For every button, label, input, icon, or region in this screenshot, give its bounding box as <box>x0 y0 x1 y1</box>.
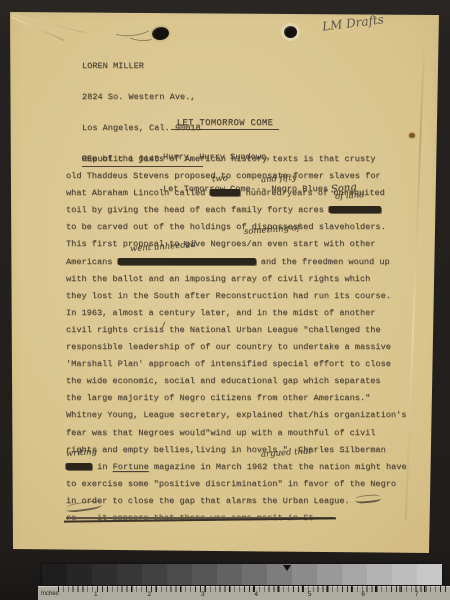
typed-text: in order to close the gap that alarms th… <box>66 496 355 506</box>
inch-ruler: Inches 1 2 3 4 5 6 7 8 <box>38 586 450 600</box>
ruler-label: Inches <box>41 591 59 597</box>
letterhead-street: 2824 So. Western Ave., <box>82 92 203 102</box>
gray-step <box>192 564 217 585</box>
typed-text: the National Urban League "challenged th… <box>164 325 381 335</box>
body-line: the large majority of Negro citizens fro… <box>66 390 407 407</box>
body-line: In 1963, almost a century later, and in … <box>66 305 407 322</box>
typed-text: the large majority of Negro citizens fro… <box>66 393 370 403</box>
body-line: in order to close the gap that alarms th… <box>66 493 407 510</box>
handwritten-insertion: two <box>212 171 229 189</box>
punch-hole <box>151 26 170 41</box>
body-line: they lost in the South after Reconstruct… <box>66 288 407 305</box>
paper-sheet: LM Drafts LOREN MILLER 2824 So. Western … <box>0 0 450 600</box>
fold-crease <box>12 14 84 33</box>
typed-text: Fortune <box>113 462 149 472</box>
typed-text: that the nation might have <box>273 462 407 472</box>
struck-typed-text: re——— it appears that there was some mer… <box>66 513 334 523</box>
body-line: Americans went unheeded and the freedmen… <box>66 254 407 271</box>
typed-text: responsible leadership of of our country… <box>66 342 391 352</box>
typed-text: and the freedmen wound up <box>256 257 390 267</box>
gray-step <box>92 564 117 585</box>
calibration-marker <box>283 565 291 575</box>
handwritten-insertion: of land <box>334 187 365 206</box>
body-line: 'Marshall Plan' approach of intensified … <box>66 356 407 373</box>
body-line: to exercise some "positive discriminatio… <box>66 476 407 493</box>
ink-strikeout-blot <box>210 189 240 196</box>
body-line: old Thaddeus Stevens proposed to compens… <box>66 168 407 185</box>
body-line: civil rights crisis/ the National Urban … <box>66 322 407 339</box>
body-line: to be carved out of the holdings of disp… <box>66 219 407 236</box>
body-line: responsible leadership of of our country… <box>66 339 407 356</box>
gray-step <box>417 564 442 585</box>
document-title: LET TOMORROW COME <box>0 118 450 130</box>
ruler-numbers: 1 2 3 4 5 6 7 8 <box>94 591 450 598</box>
typed-text: civil rights crisis <box>66 325 164 335</box>
typed-text: One of the jests of American history tex… <box>66 154 375 164</box>
letterhead-name: LOREN MILLER <box>82 61 203 71</box>
body-line: rights and empty bellies,living in hovel… <box>66 442 407 459</box>
typed-text: Americans <box>66 257 118 267</box>
body-line: writing in Fortune magazine in March 196… <box>66 459 407 476</box>
grayscale-calibration-bar <box>42 564 442 585</box>
gray-step <box>117 564 142 585</box>
gray-step <box>217 564 242 585</box>
typed-text: to be carved out of the holdings of disp… <box>66 222 386 232</box>
punch-hole <box>284 26 297 38</box>
handwritten-insertion: and fifty <box>260 170 297 190</box>
pencil-scribble <box>355 494 382 504</box>
manuscript-body: One of the jests of American history tex… <box>66 151 407 527</box>
ink-strikeout-blot <box>118 258 256 265</box>
gray-step <box>317 564 342 585</box>
gray-step <box>342 564 367 585</box>
ink-stain <box>409 133 415 138</box>
typed-text: an even start with other <box>252 239 376 249</box>
typed-text: what Abraham Lincoln called <box>66 188 210 198</box>
fold-crease <box>405 40 425 520</box>
typed-text: in <box>92 462 113 472</box>
gray-step <box>142 564 167 585</box>
handwritten-note: LM Drafts <box>321 12 384 33</box>
typed-text: with the ballot and an imposing array of… <box>66 274 370 284</box>
gray-step <box>367 564 392 585</box>
body-line: Whitney Young, League secretary, explain… <box>66 407 407 424</box>
body-line: re——— it appears that there was some mer… <box>66 510 407 527</box>
typed-text: hundred/ <box>240 188 286 198</box>
typed-text: Whitney Young, League secretary, explain… <box>66 410 406 420</box>
typed-text: to exercise some "positive discriminatio… <box>66 479 396 489</box>
body-line: the wide economic, social and educationa… <box>66 373 407 390</box>
handwritten-insertion: writing <box>65 444 97 463</box>
typed-text: In 1963, almost a century later, and in … <box>66 308 375 318</box>
gray-step <box>42 564 67 585</box>
typed-text: rights and empty bellies,living in hovel… <box>66 445 386 455</box>
gray-step <box>292 564 317 585</box>
typed-text: 'Marshall Plan' approach of intensified … <box>66 359 391 369</box>
gray-step <box>392 564 417 585</box>
typed-text: the wide economic, social and educationa… <box>66 376 381 386</box>
body-line: fear was that Negroes would"wind up with… <box>66 425 407 442</box>
ink-strikeout-blot <box>66 463 92 470</box>
scanned-document-page: LM Drafts LOREN MILLER 2824 So. Western … <box>0 0 450 600</box>
handwritten-insertion: went unheeded <box>129 237 196 259</box>
body-line: This first proposal to give Negroes/some… <box>66 236 407 253</box>
ink-strikeout-blot <box>329 206 381 213</box>
typed-text: toil by giving the head of each family f… <box>66 205 329 215</box>
gray-step <box>167 564 192 585</box>
handwritten-insertion: argued that <box>260 443 312 464</box>
typed-text: magazine in March 1962 <box>149 462 273 472</box>
typed-text: fear was that Negroes would"wind up with… <box>66 428 375 438</box>
gray-step <box>67 564 92 585</box>
body-line: with the ballot and an imposing array of… <box>66 271 407 288</box>
body-line: toil by giving the head of each family f… <box>66 202 407 219</box>
body-line: One of the jests of American history tex… <box>66 151 407 168</box>
gray-step <box>242 564 267 585</box>
typed-text: they lost in the South after Reconstruct… <box>66 291 391 301</box>
